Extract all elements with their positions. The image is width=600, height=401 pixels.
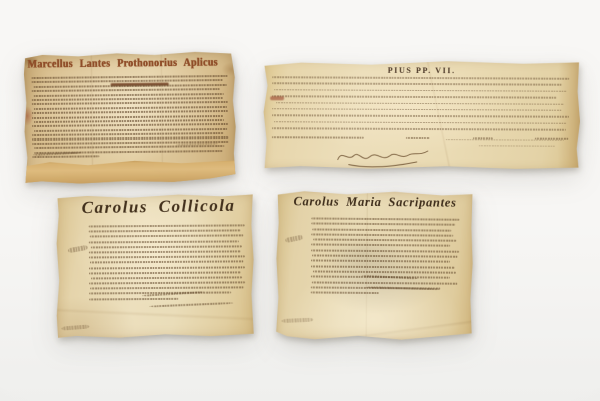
manuscript-body-lines (272, 76, 569, 135)
manuscript-text-line (312, 281, 458, 284)
flourish-signature (335, 144, 435, 171)
manuscript-text-line (89, 297, 178, 300)
manuscript-text-line (32, 110, 228, 114)
manuscript-text-line (272, 76, 569, 79)
manuscript-text-line (272, 83, 562, 86)
manuscript-text-line (276, 102, 564, 105)
manuscript-text-line (35, 145, 225, 149)
manuscript-text-line (34, 93, 224, 97)
document-carolus-collicola: Carolus Collicola (55, 193, 254, 338)
manuscript-text-line (32, 97, 223, 101)
manuscript-text-line (89, 240, 239, 243)
manuscript-text-line (34, 119, 224, 123)
manuscript-text-line (90, 235, 244, 238)
countersignature-lines (446, 139, 564, 151)
manuscript-text-line (275, 89, 568, 92)
manuscript-text-line (34, 128, 227, 132)
manuscript-text-line (91, 245, 242, 248)
marginal-mark-scribble (68, 245, 89, 254)
manuscript-text-line (89, 281, 245, 284)
manuscript-text-line (89, 230, 241, 233)
parchment-paper: Marcellus Lantes Prothonorius Aplicus (23, 51, 236, 184)
marginal-mark-scribble (285, 235, 304, 243)
manuscript-text-line (32, 132, 223, 136)
manuscript-text-line (91, 276, 242, 279)
manuscript-text-line (32, 155, 99, 158)
manuscript-text-line (311, 244, 450, 247)
manuscript-text-line (311, 292, 379, 295)
manuscript-text-line (312, 255, 458, 258)
manuscript-text-line (89, 271, 241, 274)
corner-annotation-scribble (61, 324, 89, 330)
parchment-paper: Carolus Maria Sacripantes (275, 190, 473, 341)
manuscript-text-line (89, 266, 245, 269)
manuscript-text-line (90, 287, 244, 290)
manuscript-body-lines (32, 75, 229, 160)
manuscript-body-lines (89, 224, 246, 303)
manuscript-text-line (311, 265, 455, 268)
manuscript-text-line (311, 260, 450, 263)
manuscript-text-line (311, 233, 453, 236)
manuscript-text-line (274, 121, 567, 124)
folded-plica-strip (24, 158, 236, 184)
manuscript-text-line (479, 145, 555, 147)
manuscript-text-line (89, 224, 245, 227)
manuscript-text-line (272, 127, 566, 130)
document-carolus-maria-sacripantes: Carolus Maria Sacripantes (275, 190, 473, 341)
manuscript-text-line (311, 217, 459, 220)
manuscript-text-line (313, 270, 457, 273)
manuscript-text-line (272, 115, 569, 118)
manuscript-text-line (89, 255, 245, 258)
manuscript-text-line (406, 137, 430, 139)
manuscript-text-line (32, 75, 228, 79)
manuscript-text-line (32, 123, 228, 127)
manuscript-text-line (272, 136, 364, 138)
manuscript-text-line (272, 108, 562, 111)
manuscript-text-line (313, 239, 457, 242)
manuscript-text-line (312, 228, 451, 231)
manuscript-text-line (89, 250, 241, 253)
manuscript-text-line (33, 84, 226, 88)
calligraphic-heading: Carolus Collicola (65, 196, 251, 219)
calligraphic-heading: Carolus Maria Sacripantes (282, 194, 467, 211)
photo-of-four-manuscripts: Marcellus Lantes Prothonorius Aplicus PI… (0, 0, 600, 401)
parchment-paper: PIUS PP. VII. (263, 59, 581, 171)
manuscript-text-line (32, 115, 223, 119)
manuscript-text-line (32, 79, 223, 83)
manuscript-text-line (90, 261, 244, 264)
manuscript-text-line (32, 136, 228, 140)
manuscript-text-line (32, 101, 228, 105)
document-pius-vii-brief: PIUS PP. VII. (263, 59, 581, 171)
manuscript-text-line (32, 88, 220, 92)
manuscript-text-line (311, 223, 455, 226)
signature-scribble (149, 302, 233, 308)
parchment-paper: Carolus Collicola (55, 193, 254, 338)
corner-annotation-scribble (281, 318, 313, 323)
manuscript-text-line (272, 95, 557, 98)
manuscript-text-line (446, 139, 564, 141)
document-marcellus-brief: Marcellus Lantes Prothonorius Aplicus (23, 51, 236, 184)
manuscript-text-line (33, 106, 226, 110)
manuscript-text-line (311, 249, 459, 252)
gothic-heading: Marcellus Lantes Prothonorius Aplicus (27, 56, 231, 71)
red-ink-blotch (270, 96, 284, 100)
printed-heading: PIUS PP. VII. (263, 65, 580, 76)
